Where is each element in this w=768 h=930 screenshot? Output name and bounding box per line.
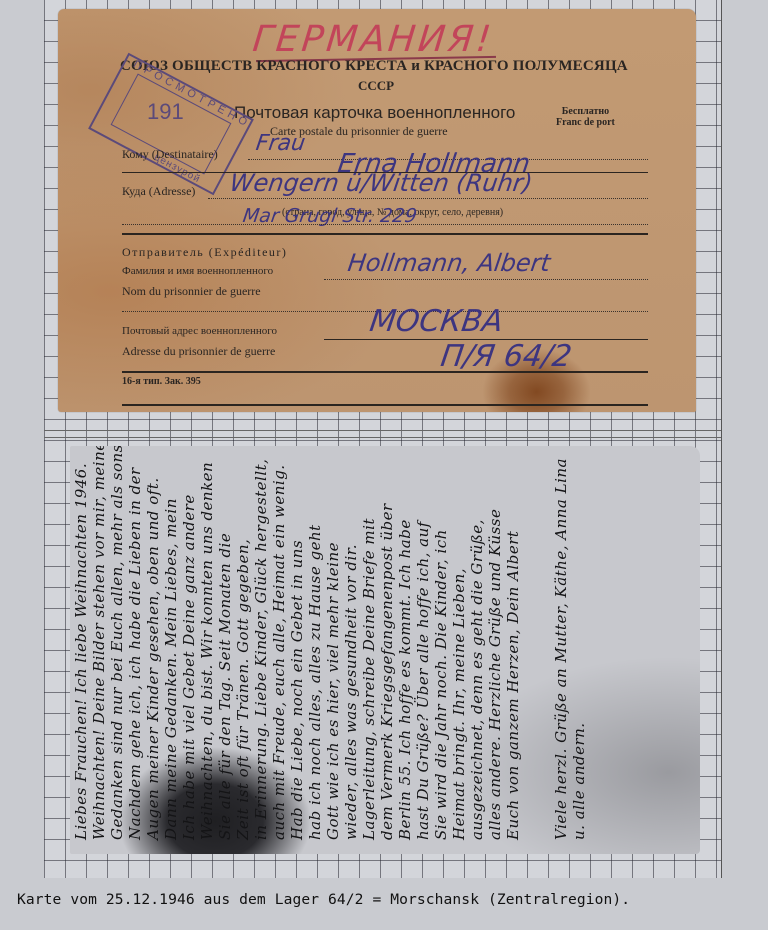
handwritten-camp-number: П/Я 64/2 bbox=[439, 339, 574, 374]
pow-postcard-front: ГЕРМАНИЯ! СОЮЗ ОБЩЕСТВ КРАСНОГО КРЕСТА и… bbox=[58, 9, 696, 412]
letter-line: ausgezeichnet, denn es geht die Grüße, bbox=[468, 519, 486, 840]
mount-strip-line bbox=[44, 430, 721, 431]
address-label: Куда (Adresse) bbox=[122, 184, 195, 199]
country-heading: СССР bbox=[358, 78, 394, 94]
letter-line: Weihnachten, du bist. Wir konnten uns de… bbox=[198, 462, 216, 840]
handwritten-recipient-title: Frau bbox=[254, 131, 307, 156]
sender-name-label-ru: Фамилия и имя военнопленного bbox=[122, 265, 273, 277]
letter-line: u. alle andern. bbox=[570, 722, 588, 840]
letter-line: hab ich noch alles, alles zu Hause geht bbox=[306, 524, 324, 840]
letter-line: Dann meine Gedanken. Mein Liebes, mein bbox=[162, 498, 180, 840]
letter-line: Gedanken sind nur bei Euch allen, mehr a… bbox=[108, 446, 126, 840]
handwritten-sender-name: Hollmann, Albert bbox=[346, 249, 552, 277]
letter-line: Lagerleitung, schreibe Deine Briefe mit bbox=[360, 518, 378, 840]
handwritten-letter-text: Liebes Frauchen! Ich liebe Weihnachten 1… bbox=[70, 446, 700, 854]
album-caption: Karte vom 25.12.1946 aus dem Lager 64/2 … bbox=[17, 891, 630, 908]
mount-strip-line bbox=[44, 437, 721, 438]
letter-line: Ich habe mit viel Gebet Deine ganz ander… bbox=[180, 494, 198, 840]
letter-line: Augen meiner Kinder gesehen, oben und of… bbox=[144, 477, 162, 840]
letter-line: Euch von ganzem Herzen, Dein Albert bbox=[504, 531, 522, 840]
letter-line: hast Du Grüße? Über alle hoffe ich, auf bbox=[414, 521, 432, 840]
dotted-rule bbox=[208, 198, 648, 199]
handwritten-address-city: Wengern ü/Witten (Ruhr) bbox=[228, 169, 534, 197]
pow-postcard-back-letter: Liebes Frauchen! Ich liebe Weihnachten 1… bbox=[70, 446, 700, 854]
postage-free-fr: Franc de port bbox=[556, 117, 615, 128]
censor-stamp-number: 191 bbox=[147, 99, 184, 125]
letter-line: in Erinnerung. Liebe Kinder, Glück herge… bbox=[252, 459, 270, 840]
sender-address-label-fr: Adresse du prisonnier de guerre bbox=[122, 344, 275, 359]
card-title-ru: Почтовая карточка военнопленного bbox=[234, 103, 515, 123]
letter-line: Viele herzl. Grüße an Mutter, Käthe, Ann… bbox=[552, 458, 570, 840]
handwritten-sender-city: МОСКВА bbox=[368, 304, 506, 339]
dotted-rule bbox=[324, 279, 648, 280]
rule bbox=[122, 233, 648, 235]
letter-line: dem Vermerk Kriegsgefangenenpost über bbox=[378, 503, 396, 840]
rule bbox=[122, 371, 648, 373]
handwritten-destination-country: ГЕРМАНИЯ! bbox=[251, 19, 496, 60]
letter-line: Gott wie ich es hier, viel mehr kleine bbox=[324, 542, 342, 840]
letter-line: Sie wird die Jahr noch. Die Kinder, ich bbox=[432, 529, 450, 840]
letter-line: Berlin 55. Ich hoffe es kommt. Ich habe bbox=[396, 519, 414, 840]
printer-note: 16-я тип. Зак. 395 bbox=[122, 376, 201, 387]
rule bbox=[122, 404, 648, 406]
dotted-rule bbox=[122, 224, 648, 225]
letter-line: Liebes Frauchen! Ich liebe Weihnachten 1… bbox=[72, 463, 90, 840]
letter-line: auch mit Freude, euch alle, Heimat ein w… bbox=[270, 464, 288, 840]
recipient-label: Кому (Destinataire) bbox=[122, 147, 218, 162]
letter-line: Sie alle für den Tag. Seit Monaten die bbox=[216, 533, 234, 840]
postage-free-ru: Бесплатно bbox=[556, 106, 615, 117]
sender-name-label-fr: Nom du prisonnier de guerre bbox=[122, 284, 261, 299]
letter-line: Hab die Liebe, noch ein Gebet in uns bbox=[288, 540, 306, 840]
letter-line: Nachdem gehe ich, ich habe die Lieben in… bbox=[126, 467, 144, 840]
letter-line: Weihnachten! Deine Bilder stehen vor mir… bbox=[90, 446, 108, 840]
sender-label: Отправитель (Expéditeur) bbox=[122, 245, 287, 260]
letter-line: alles andere. Herzliche Grüße und Küsse bbox=[486, 509, 504, 840]
postage-free-note: Бесплатно Franc de port bbox=[556, 106, 615, 128]
organization-heading: СОЮЗ ОБЩЕСТВ КРАСНОГО КРЕСТА и КРАСНОГО … bbox=[120, 58, 628, 75]
letter-line: Heimat bringt. Ihr, meine Lieben, bbox=[450, 568, 468, 840]
letter-line: wieder, alles was gesundheit vor dir. bbox=[342, 544, 360, 840]
letter-line: Zeit ist oft für Tränen. Gott gegeben, bbox=[234, 539, 252, 840]
sender-address-label-ru: Почтовый адрес военнопленного bbox=[122, 325, 277, 337]
